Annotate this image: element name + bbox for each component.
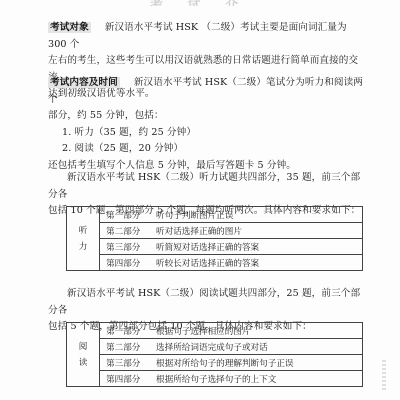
table-row: 第四部分 根据所给句子选择句子的上下文: [67, 371, 363, 387]
content-time-line-1: 考试内容及时间新汉语水平考试 HSK（二级）笔试分为听力和阅读两个: [48, 75, 366, 108]
table-row: 第三部分 听简短对话选择正确的答案: [67, 239, 363, 255]
part-desc: 听较长对话选择正确的答案: [150, 255, 363, 271]
table-row: 第二部分 选择所给词语完成句子或对话: [67, 339, 363, 355]
table-row: 第四部分 听较长对话选择正确的答案: [67, 255, 363, 271]
table-row: 第二部分 听对话选择正确的图片: [67, 223, 363, 239]
table-row: 听 力 第一部分 听句子判断图片正误: [67, 207, 363, 223]
watermark-strip: [382, 360, 386, 392]
part-desc: 根据句子选择相应的图片: [150, 323, 363, 339]
side-char-1: 听: [72, 223, 94, 239]
target-line-1: 考试对象新汉语水平考试 HSK （二级）考试主要是面向词汇量为 300 个: [48, 20, 366, 53]
part-name: 第四部分: [100, 255, 151, 271]
part-name: 第一部分: [100, 323, 151, 339]
part-desc: 听句子判断图片正误: [150, 207, 363, 223]
part-name: 第二部分: [100, 339, 151, 355]
document-page: 考 试 介 绍 考试对象新汉语水平考试 HSK （二级）考试主要是面向词汇量为 …: [0, 0, 400, 400]
part-name: 第三部分: [100, 355, 151, 371]
table-row: 第三部分 根据对所给句子的理解判断句子正误: [67, 355, 363, 371]
part-name: 第三部分: [100, 239, 151, 255]
side-char-2: 力: [72, 239, 94, 255]
part-name: 第二部分: [100, 223, 151, 239]
content-time-text-2: 部分，约 55 分钟，包括：: [48, 108, 366, 125]
side-char-2: 读: [72, 355, 94, 371]
part-desc: 选择所给词语完成句子或对话: [150, 339, 363, 355]
section-content-time: 考试内容及时间新汉语水平考试 HSK（二级）笔试分为听力和阅读两个 部分，约 5…: [48, 75, 366, 174]
side-char-1: 阅: [72, 339, 94, 355]
part-name: 第一部分: [100, 207, 151, 223]
content-item-listening: 1. 听力（35 题，约 25 分钟）: [48, 125, 366, 142]
section-label-target: 考试对象: [48, 22, 91, 33]
reading-side-label: 阅 读: [67, 323, 100, 387]
listening-side-label: 听 力: [67, 207, 100, 271]
content-item-reading: 2. 阅读（25 题，20 分钟）: [48, 141, 366, 158]
listening-table: 听 力 第一部分 听句子判断图片正误 第二部分 听对话选择正确的图片 第三部分 …: [66, 206, 363, 271]
section-label-content-time: 考试内容及时间: [48, 77, 120, 88]
listening-intro-1: 新汉语水平考试 HSK（二级）听力试题共四部分，35 题，前三个部分各: [48, 170, 366, 203]
part-desc: 根据所给句子选择句子的上下文: [150, 371, 363, 387]
target-text-1: 新汉语水平考试 HSK （二级）考试主要是面向词汇量为 300 个: [48, 22, 347, 50]
reading-table: 阅 读 第一部分 根据句子选择相应的图片 第二部分 选择所给词语完成句子或对话 …: [66, 322, 363, 387]
reading-intro-1: 新汉语水平考试 HSK（二级）阅读试题共四部分，25 题，前三个部分各: [48, 286, 366, 319]
part-desc: 根据对所给句子的理解判断句子正误: [150, 355, 363, 371]
page-title-partial: 考 试 介 绍: [150, 0, 260, 6]
part-desc: 听简短对话选择正确的答案: [150, 239, 363, 255]
part-name: 第四部分: [100, 371, 151, 387]
part-desc: 听对话选择正确的图片: [150, 223, 363, 239]
table-row: 阅 读 第一部分 根据句子选择相应的图片: [67, 323, 363, 339]
